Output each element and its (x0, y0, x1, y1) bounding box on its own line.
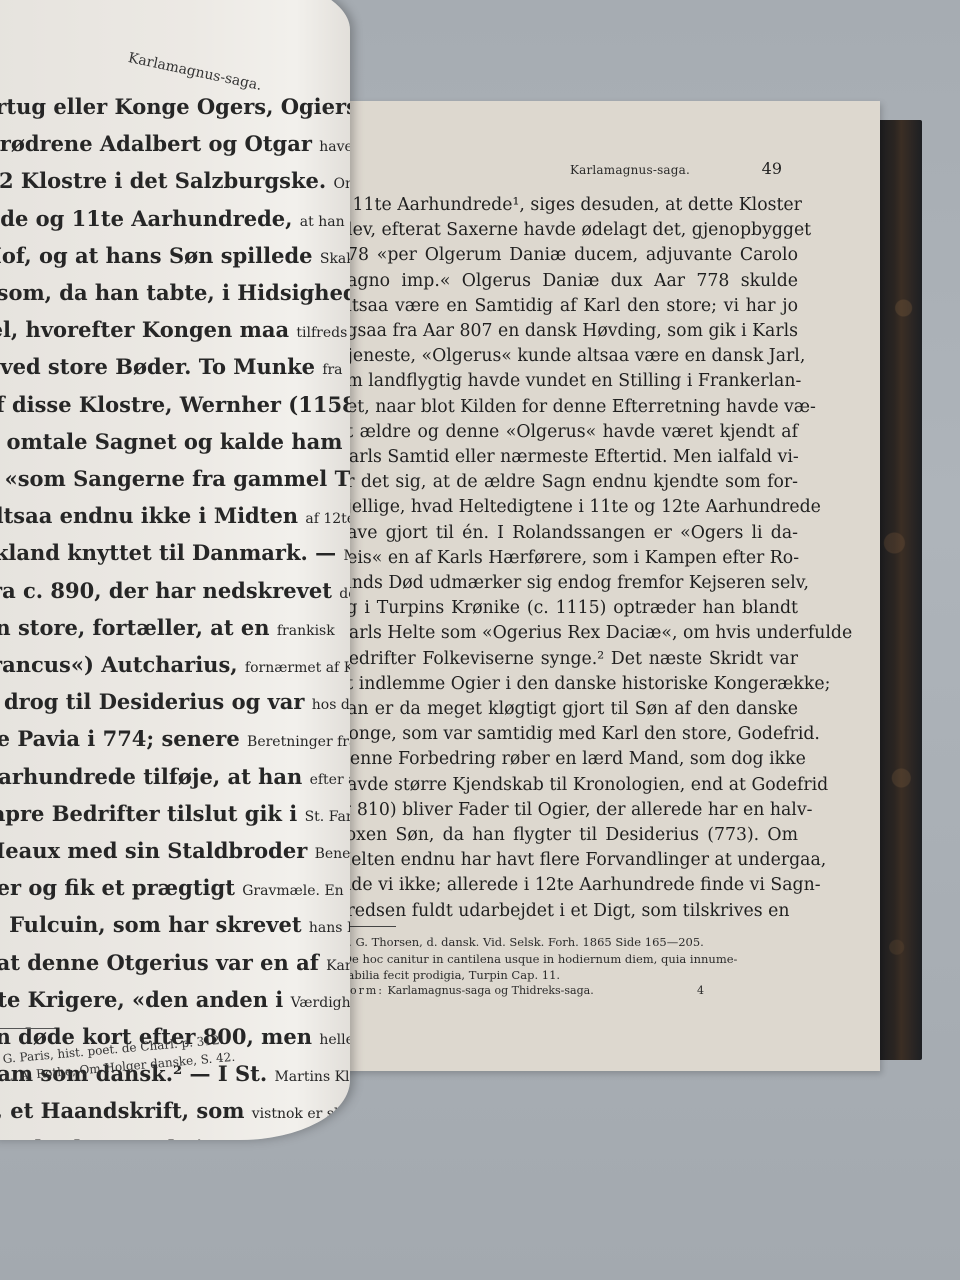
running-head: Karlamagnus-saga. (480, 163, 780, 177)
footnote-text: De hoc canitur in cantilena usque in hod… (343, 952, 738, 966)
text-line: Konge, som var samtidig med Karl den sto… (336, 722, 798, 747)
text-line: r ved store Bøder. To Munke fra (0, 350, 350, 387)
text-line: ogsaa fra Aar 807 en dansk Høvding, som … (336, 319, 798, 344)
text-line: kjellige, hvad Heltedigtene i 11te og 12… (336, 495, 798, 520)
footnote-divider (0, 1028, 55, 1029)
text-line: en store, fortæller, at en frankisk (0, 611, 350, 648)
text-line: ), omtale Sagnet og kalde ham Otgar (0, 425, 350, 462)
text-line: Ode og 11te Aarhundrede, at han (0, 202, 350, 239)
text-line: er det sig, at de ældre Sagn endnu kjend… (336, 470, 798, 495)
text-line: Helten endnu har havt flere Forvandlinge… (336, 848, 798, 873)
text-line: fra c. 890, der har nedskrevet de ældste (0, 574, 350, 611)
body-text: il 11te Aarhundrede¹, siges desuden, at … (320, 193, 798, 924)
text-line: Bedrifter Folkeviserne synge.² Det næste… (336, 647, 798, 672)
text-line: der og fik et prægtigt Gravmæle. En (0, 871, 350, 908)
signature-line: Storm: Karlamagnus-saga og Thidreks-saga… (334, 984, 704, 997)
book-cover-edge (876, 120, 922, 1060)
footnote-text: P. G. Thorsen, d. dansk. Vid. Selsk. For… (343, 935, 704, 949)
text-line: vide vi ikke; allerede i 12te Aarhundred… (336, 873, 798, 898)
text-line: Denne Forbedring røber en lærd Mand, som… (336, 747, 798, 772)
text-line: et ældre og denne «Olgerus« havde været … (336, 420, 798, 445)
text-line: Brødrene Adalbert og Otgar have (0, 127, 350, 164)
text-line: skland knyttet til Danmark. — Munk (0, 536, 350, 573)
right-page: Karlamagnus-saga. 49 il 11te Aarhundrede… (320, 101, 880, 1071)
text-line: Karls Samtid eller nærmeste Eftertid. Me… (336, 445, 798, 470)
text-line: Hof, og at hans Søn spillede Skak (0, 239, 350, 276)
signature-title: Karlamagnus-saga og Thidreks-saga. (387, 984, 593, 997)
text-line: kredsen fuldt udarbejdet i et Digt, som … (336, 899, 798, 924)
text-line: Tjeneste, «Olgerus« kunde altsaa være en… (336, 344, 798, 369)
text-line: altsaa endnu ikke i Midten af 12te Aar (0, 499, 350, 536)
text-line: Aarhundrede tilføje, at han efter at hav… (0, 760, 350, 797)
text-line: blev, efterat Saxerne havde ødelagt det,… (336, 218, 798, 243)
text-line: il 11te Aarhundrede¹, siges desuden, at … (336, 193, 798, 218)
text-line: om landflygtig havde vundet en Stilling … (336, 369, 798, 394)
text-line: Karls Helte som «Ogerius Rex Daciæ«, om … (336, 621, 798, 646)
sheet-number: 4 (697, 984, 704, 997)
text-line: francus«) Autcharius, fornærmet af Karl (0, 648, 350, 685)
text-line: tapre Bedrifter tilslut gik i St. Faro (0, 797, 350, 834)
text-line: det, naar blot Kilden for denne Efterret… (336, 395, 798, 420)
photo-scene: Karlamagnus-saga. 49 il 11te Aarhundrede… (0, 0, 960, 1280)
footnote: ¹) P. G. Thorsen, d. dansk. Vid. Selsk. … (330, 934, 760, 951)
text-line: han er da meget kløgtigt gjort til Søn a… (336, 697, 798, 722)
text-line: have gjort til én. I Rolandssangen er «O… (336, 521, 798, 546)
footnote-continuation: rabilia fecit prodigia, Turpin Cap. 11. (330, 967, 760, 984)
text-line: , at denne Otgerius var en af Karl den (0, 946, 350, 983)
text-line: ertug eller Konge Ogers, Ogiers. I (0, 90, 350, 127)
text-line: altsaa være en Samtidig af Karl den stor… (336, 294, 798, 319)
text-line: Meaux med sin Staldbroder Benedictus (0, 834, 350, 871)
text-line: nagno imp.« Olgerus Daniæ dux Aar 778 sk… (336, 269, 798, 294)
text-line: at indlemme Ogier i den danske historisk… (336, 672, 798, 697)
text-line: af disse Klostre, Wernher (1158) og (0, 388, 350, 425)
page-number: 49 (762, 159, 782, 178)
text-line: g drog til Desiderius og var hos dem (0, 685, 350, 722)
left-page: Karlamagnus-saga. ertug eller Konge Oger… (0, 0, 350, 1140)
text-line: († 810) bliver Fader til Ogier, der alle… (336, 798, 798, 823)
text-line: a, et Haandskrift, som vistnok er skreve… (0, 1094, 350, 1131)
text-line: l, «som Sangerne fra gammel Tid kalde (0, 462, 350, 499)
text-line: lands Død udmærker sig endog fremfor Kej… (336, 571, 798, 596)
text-line: voxen Søn, da han flygter til Desiderius… (336, 823, 798, 848)
running-head: Karlamagnus-saga. (127, 50, 264, 94)
text-line: havde større Kjendskab til Kronologien, … (336, 773, 798, 798)
text-line: hundrede, men hvis Forfattelse gaar tilb… (0, 1132, 350, 1140)
text-line: , som, da han tabte, i Hidsighed slog (0, 276, 350, 313)
footnote: ²) De hoc canitur in cantilena usque in … (330, 951, 760, 968)
text-line: nte Krigere, «den anden i Værdighed (0, 983, 350, 1020)
text-line: t 2 Klostre i det Salzburgske. Om (0, 164, 350, 201)
text-line: x, Fulcuin, som har skrevet hans Histori… (0, 908, 350, 945)
text-line: 778 «per Olgerum Daniæ ducem, adjuvante … (336, 243, 798, 268)
footnotes: ¹) P. G. Thorsen, d. dansk. Vid. Selsk. … (330, 934, 760, 984)
text-line: og i Turpins Krønike (c. 1115) optræder … (336, 596, 798, 621)
text-line: neis« en af Karls Hærførere, som i Kampe… (336, 546, 798, 571)
body-text: ertug eller Konge Ogers, Ogiers. I Brødr… (0, 90, 350, 1140)
text-line: de Pavia i 774; senere Beretninger fra (0, 722, 350, 759)
text-line: jel, hvorefter Kongen maa tilfreds (0, 313, 350, 350)
